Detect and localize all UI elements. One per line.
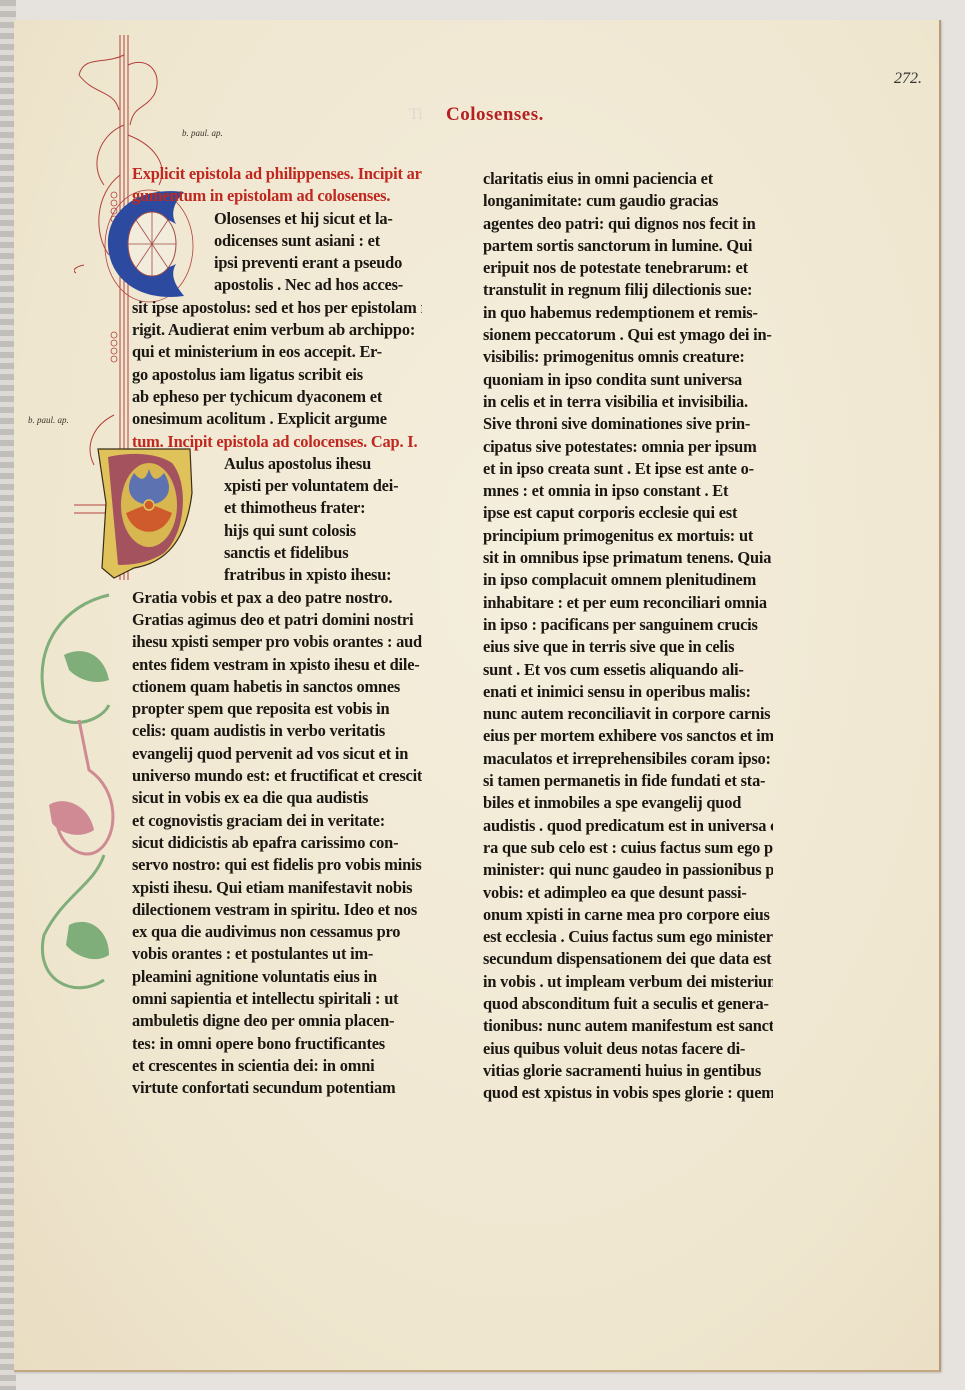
text-line: claritatis eius in omni paciencia et xyxy=(483,168,773,190)
text-line: ra que sub celo est : cuius factus sum e… xyxy=(483,837,773,859)
text-line: vitias glorie sacramenti huius in gentib… xyxy=(483,1060,773,1082)
text-line: sanctis et fidelibus xyxy=(132,542,422,564)
text-line: ihesu xpisti semper pro vobis orantes : … xyxy=(132,631,422,653)
text-line: biles et inmobiles a spe evangelij quod xyxy=(483,792,773,814)
text-line: evangelij quod pervenit ad vos sicut et … xyxy=(132,743,422,765)
text-line: xpisti ihesu. Qui etiam manifestavit nob… xyxy=(132,877,422,899)
text-line: si tamen permanetis in fide fundati et s… xyxy=(483,770,773,792)
text-line: go apostolus iam ligatus scribit eis xyxy=(132,364,422,386)
text-column-right: claritatis eius in omni paciencia et lon… xyxy=(483,168,773,1104)
rubric-line: Explicit epistola ad philippenses. Incip… xyxy=(132,163,422,185)
text-line: pleamini agnitione voluntatis eius in xyxy=(132,966,422,988)
text-line: in vobis . ut impleam verbum dei misteri… xyxy=(483,971,773,993)
text-line: quod est xpistus in vobis spes glorie : … xyxy=(483,1082,773,1104)
text-line: sicut in vobis ex ea die qua audistis xyxy=(132,787,422,809)
text-line: minister: qui nunc gaudeo in passionibus… xyxy=(483,859,773,881)
text-line: partem sortis sanctorum in lumine. Qui xyxy=(483,235,773,257)
rubric-line: tum. Incipit epistola ad colocenses. Cap… xyxy=(132,431,422,453)
text-line: virtute confortati secundum potentiam xyxy=(132,1077,422,1099)
text-line: hijs qui sunt colosis xyxy=(132,520,422,542)
text-line: qui et ministerium in eos accepit. Er- xyxy=(132,341,422,363)
text-line: sunt . Et vos cum essetis aliquando ali- xyxy=(483,659,773,681)
text-line: sicut didicistis ab epafra carissimo con… xyxy=(132,832,422,854)
text-line: sit ipse apostolus: sed et hos per epist… xyxy=(132,297,422,319)
text-line: ambuletis digne deo per omnia placen- xyxy=(132,1010,422,1032)
text-line: fratribus in xpisto ihesu: xyxy=(132,564,422,586)
text-line: eius sive que in terris sive que in celi… xyxy=(483,636,773,658)
text-line: tionibus: nunc autem manifestum est sanc… xyxy=(483,1015,773,1037)
text-line: ex qua die audivimus non cessamus pro xyxy=(132,921,422,943)
text-line: quoniam in ipso condita sunt universa xyxy=(483,369,773,391)
manuscript-page: b. paul. ap. b. paul. ap. xyxy=(14,20,941,1372)
foliage-vine-border xyxy=(24,585,134,1005)
text-line: secundum dispensationem dei que data est… xyxy=(483,948,773,970)
text-line: propter spem que reposita est vobis in xyxy=(132,698,422,720)
text-line: celis: quam audistis in verbo veritatis xyxy=(132,720,422,742)
text-line: cipatus sive potestates: omnia per ipsum xyxy=(483,436,773,458)
text-line: in ipso complacuit omnem plenitudinem xyxy=(483,569,773,591)
text-line: ab epheso per tychicum dyaconem et xyxy=(132,386,422,408)
text-line: et in ipso creata sunt . Et ipse est ant… xyxy=(483,458,773,480)
text-line: ipse est caput corporis ecclesie qui est xyxy=(483,502,773,524)
text-line: inhabitare : et per eum reconciliari omn… xyxy=(483,592,773,614)
text-line: maculatos et irreprehensibiles coram ips… xyxy=(483,748,773,770)
text-line: onesimum acolitum . Explicit argume xyxy=(132,408,422,430)
text-line: tes: in omni opere bono fructificantes xyxy=(132,1033,422,1055)
text-line: est ecclesia . Cuius factus sum ego mini… xyxy=(483,926,773,948)
text-line: eius per mortem exhibere vos sanctos et … xyxy=(483,725,773,747)
text-line: visibilis: primogenitus omnis creature: xyxy=(483,346,773,368)
text-line: universo mundo est: et fructificat et cr… xyxy=(132,765,422,787)
text-line: dilectionem vestram in spiritu. Ideo et … xyxy=(132,899,422,921)
text-line: xpisti per voluntatem dei- xyxy=(132,475,422,497)
text-line: in ipso : pacificans per sanguinem cruci… xyxy=(483,614,773,636)
text-line: onum xpisti in carne mea pro corpore eiu… xyxy=(483,904,773,926)
text-line: Olosenses et hij sicut et la- xyxy=(132,208,422,230)
text-line: ctionem quam habetis in sanctos omnes xyxy=(132,676,422,698)
text-line: vobis orantes : et postulantes ut im- xyxy=(132,943,422,965)
text-line: quod absconditum fuit a seculis et gener… xyxy=(483,993,773,1015)
text-line: entes fidem vestram in xpisto ihesu et d… xyxy=(132,654,422,676)
text-line: agentes deo patri: qui dignos nos fecit … xyxy=(483,213,773,235)
text-line: servo nostro: qui est fidelis pro vobis … xyxy=(132,854,422,876)
text-line: principium primogenitus ex mortuis: ut xyxy=(483,525,773,547)
text-line: odicenses sunt asiani : et xyxy=(132,230,422,252)
running-head: Colosenses. xyxy=(446,104,544,126)
text-line: ipsi preventi erant a pseudo xyxy=(132,252,422,274)
text-line: Sive throni sive dominationes sive prin- xyxy=(483,413,773,435)
text-line: nunc autem reconciliavit in corpore carn… xyxy=(483,703,773,725)
text-line: apostolis . Nec ad hos acces- xyxy=(132,274,422,296)
text-column-left: Explicit epistola ad philippenses. Incip… xyxy=(132,163,422,1099)
text-line: mnes : et omnia in ipso constant . Et xyxy=(483,480,773,502)
rubric-line: gumentum in epistolam ad colosenses. xyxy=(132,185,422,207)
text-line: vobis: et adimpleo ea que desunt passi- xyxy=(483,882,773,904)
text-line: longanimitate: cum gaudio gracias xyxy=(483,190,773,212)
text-line: et cognovistis graciam dei in veritate: xyxy=(132,810,422,832)
text-line: enati et inimici sensu in operibus malis… xyxy=(483,681,773,703)
text-line: sionem peccatorum . Qui est ymago dei in… xyxy=(483,324,773,346)
text-line: Aulus apostolus ihesu xyxy=(132,453,422,475)
text-line: in celis et in terra visibilia et invisi… xyxy=(483,391,773,413)
text-line: rigit. Audierat enim verbum ab archippo: xyxy=(132,319,422,341)
marginal-note-top: b. paul. ap. xyxy=(182,128,223,138)
text-line: Gratias agimus deo et patri domini nostr… xyxy=(132,609,422,631)
text-line: eius quibus voluit deus notas facere di- xyxy=(483,1038,773,1060)
text-line: omni sapientia et intellectu spiritali :… xyxy=(132,988,422,1010)
text-line: in quo habemus redemptionem et remis- xyxy=(483,302,773,324)
marginal-note-left: b. paul. ap. xyxy=(28,415,69,425)
text-line: et thimotheus frater: xyxy=(132,497,422,519)
text-line: eripuit nos de potestate tenebrarum: et xyxy=(483,257,773,279)
folio-number: 272. xyxy=(894,70,922,88)
show-through-heading: Ti xyxy=(409,106,423,124)
text-line: et crescentes in scientia dei: in omni xyxy=(132,1055,422,1077)
text-line: audistis . quod predicatum est in univer… xyxy=(483,815,773,837)
text-line: Gratia vobis et pax a deo patre nostro. xyxy=(132,587,422,609)
text-line: transtulit in regnum filij dilectionis s… xyxy=(483,279,773,301)
text-line: sit in omnibus ipse primatum tenens. Qui… xyxy=(483,547,773,569)
